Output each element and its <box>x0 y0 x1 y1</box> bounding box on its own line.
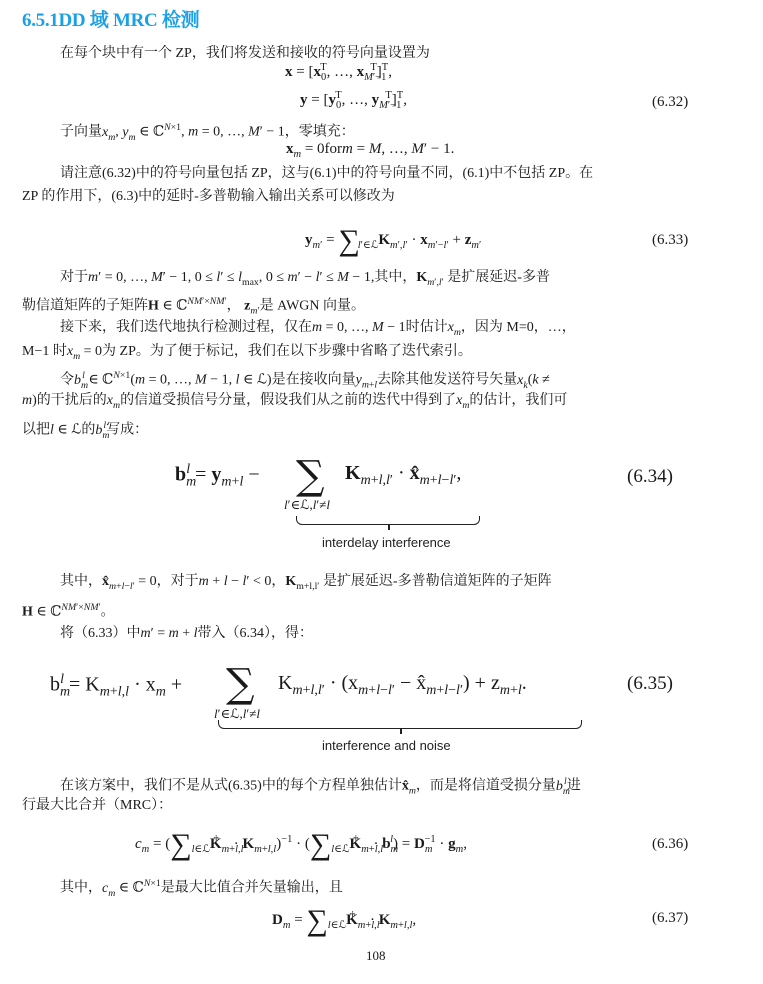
underbrace-6-35 <box>218 720 582 729</box>
paragraph-let-b-line3: 以把l ∈ ℒ的bml写成： <box>22 416 148 444</box>
paragraph-substitute: 将（6.33）中m′ = m + l带入（6.34），得： <box>60 624 313 643</box>
paragraph-note-line1: 请注意(6.32)中的符号向量包括 ZP，这与(6.1)中的符号向量不同，(6.… <box>60 164 593 183</box>
page-number: 108 <box>366 948 386 964</box>
equation-6-35: bml = Km+l,l · xm + <box>50 672 182 701</box>
equation-6-36: cm = (∑l∈ℒKm+l,l† · Km+l,l)−1 · (∑l∈ℒKm+… <box>135 830 467 860</box>
paragraph-cm: 其中，cm ∈ ℂN×1是最大比值合并矢量输出，且 <box>60 874 343 902</box>
section-heading: 6.5.1DD 域 MRC 检测 <box>22 5 199 32</box>
paragraph-iterative-line1: 接下来，我们迭代地执行检测过程，仅在m = 0, …, M − 1时估计xm，因… <box>60 318 576 342</box>
equation-6-35-term: Km+l,l′ · (xm+l−l′ − x̂m+l−l′) + zm+l. <box>278 672 527 699</box>
paragraph-mrc-line2: 行最大比合并（MRC）： <box>22 796 172 815</box>
equation-number-6-35: (6.35) <box>627 673 673 695</box>
equation-number-6-34: (6.34) <box>627 466 673 488</box>
paragraph-let-b-line2: m)的干扰后的xm的信道受损信号分量，假设我们从之前的迭代中得到了xm的估计，我… <box>22 391 567 415</box>
equation-number-6-37: (6.37) <box>652 910 688 927</box>
equation-6-34: bml = ym+l − <box>175 462 260 491</box>
equation-6-37: Dm = ∑l∈ℒKm+l,l† · Km+l,l, <box>272 906 416 936</box>
paragraph-note-line2: ZP 的作用下，(6.3)中的延时-多普勒输入输出关系可以修改为 <box>22 187 395 206</box>
paragraph-for-m-line1: 对于m′ = 0, …, M′ − 1, 0 ≤ l′ ≤ lmax, 0 ≤ … <box>60 268 550 292</box>
underbrace-6-34 <box>296 516 480 525</box>
equation-number-6-32: (6.32) <box>652 94 688 111</box>
brace-label-6-34: interdelay interference <box>322 535 451 550</box>
summation-index-6-34: l′∈ℒ,l′≠l <box>284 497 330 513</box>
awgn-text: 是 AWGN 向量。 <box>260 299 365 314</box>
equation-number-6-33: (6.33) <box>652 232 688 249</box>
paragraph-for-m-line2: 勒信道矩阵的子矩阵H ∈ ℂNM′×NM′， zm′是 AWGN 向量。 <box>22 292 365 320</box>
equation-6-34-term: Km+l,l′ · x̂m+l−l′, <box>345 462 461 489</box>
summation-icon: ∑ <box>226 664 255 704</box>
brace-label-6-35: interference and noise <box>322 738 451 753</box>
equation-number-6-36: (6.36) <box>652 836 688 853</box>
paragraph-where-line1: 其中，x̂m+l−l′ = 0，对于m + l − l′ < 0，Km+l,l′… <box>60 572 552 596</box>
equation-6-32-y: y = [y0T, …, yM′−1T]T, <box>300 90 407 111</box>
paragraph-iterative-line2: M−1 时xm = 0为 ZP。为了便于标记，我们在以下步骤中省略了迭代索引。 <box>22 342 472 366</box>
paragraph-intro: 在每个块中有一个 ZP，我们将发送和接收的符号向量设置为 <box>60 44 430 63</box>
equation-6-32-x: x = [x0T, …, xM′−1T]T, <box>285 62 392 83</box>
summation-icon: ∑ <box>296 456 325 496</box>
equation-6-33: ym′ = ∑l′∈ℒKm′,l′ · xm′−l′ + zm′ <box>305 226 481 256</box>
equation-zero-padding: xm = 0form = M, …, M′ − 1. <box>286 141 454 160</box>
paragraph-where-line2: H ∈ ℂNM′×NM′。 <box>22 598 115 622</box>
